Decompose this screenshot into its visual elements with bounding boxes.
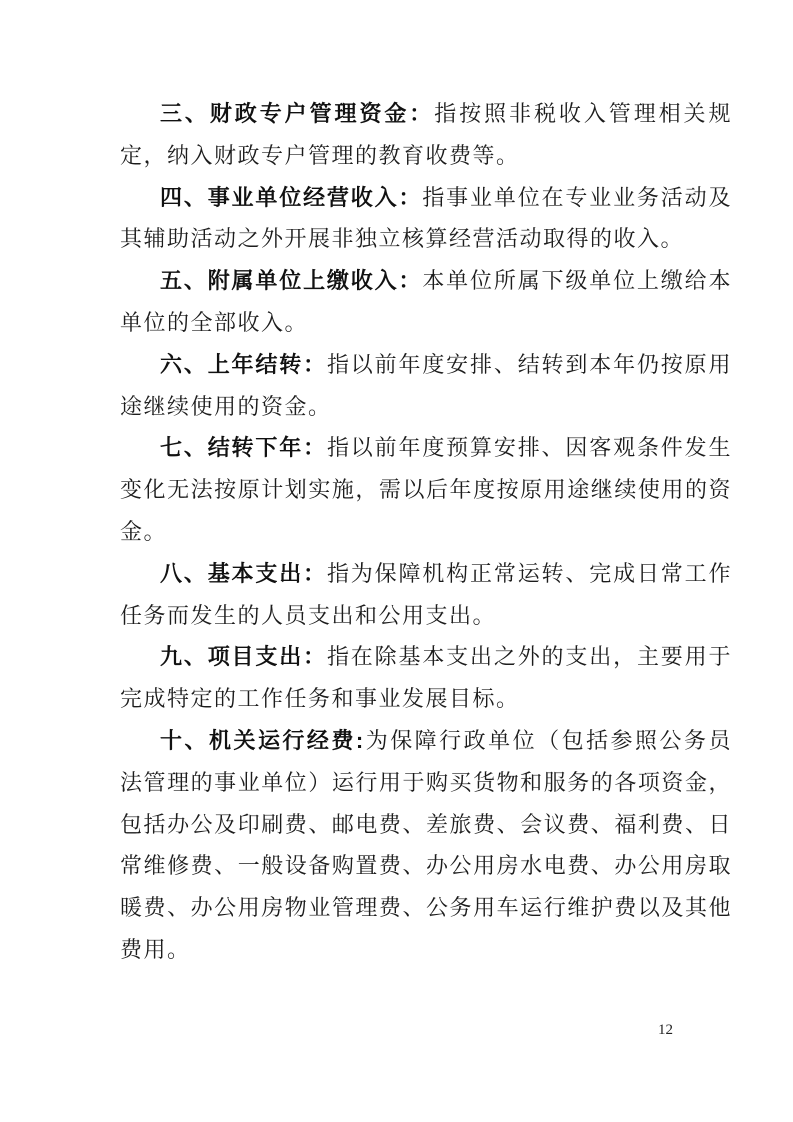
term-label: 八、基本支出： (160, 561, 327, 586)
paragraph-term-7: 七、结转下年：指以前年度预算安排、因客观条件发生变化无法按原计划实施，需以后年度… (120, 427, 732, 552)
paragraph-term-9: 九、项目支出：指在除基本支出之外的支出，主要用于完成特定的工作任务和事业发展目标… (120, 636, 732, 720)
term-label: 七、结转下年： (160, 435, 327, 460)
paragraph-term-5: 五、附属单位上缴收入：本单位所属下级单位上缴给本单位的全部收入。 (120, 260, 732, 344)
document-page: 三、财政专户管理资金：指按照非税收入管理相关规定，纳入财政专户管理的教育收费等。… (0, 0, 793, 1122)
term-definition: 为保障行政单位（包括参照公务员法管理的事业单位）运行用于购买货物和服务的各项资金… (120, 728, 732, 962)
term-label: 十、机关运行经费: (160, 728, 365, 753)
paragraph-term-10: 十、机关运行经费:为保障行政单位（包括参照公务员法管理的事业单位）运行用于购买货… (120, 720, 732, 971)
term-label: 三、财政专户管理资金： (160, 101, 434, 126)
term-label: 六、上年结转： (160, 352, 327, 377)
term-label: 五、附属单位上缴收入： (160, 268, 422, 293)
page-number: 12 (658, 1019, 673, 1041)
paragraph-term-6: 六、上年结转：指以前年度安排、结转到本年仍按原用途继续使用的资金。 (120, 344, 732, 428)
term-label: 四、事业单位经营收入： (160, 185, 422, 210)
paragraph-term-4: 四、事业单位经营收入：指事业单位在专业业务活动及其辅助活动之外开展非独立核算经营… (120, 177, 732, 261)
paragraph-term-3: 三、财政专户管理资金：指按照非税收入管理相关规定，纳入财政专户管理的教育收费等。 (120, 93, 732, 177)
document-body: 三、财政专户管理资金：指按照非税收入管理相关规定，纳入财政专户管理的教育收费等。… (120, 93, 732, 971)
paragraph-term-8: 八、基本支出：指为保障机构正常运转、完成日常工作任务而发生的人员支出和公用支出。 (120, 553, 732, 637)
term-label: 九、项目支出： (160, 644, 327, 669)
